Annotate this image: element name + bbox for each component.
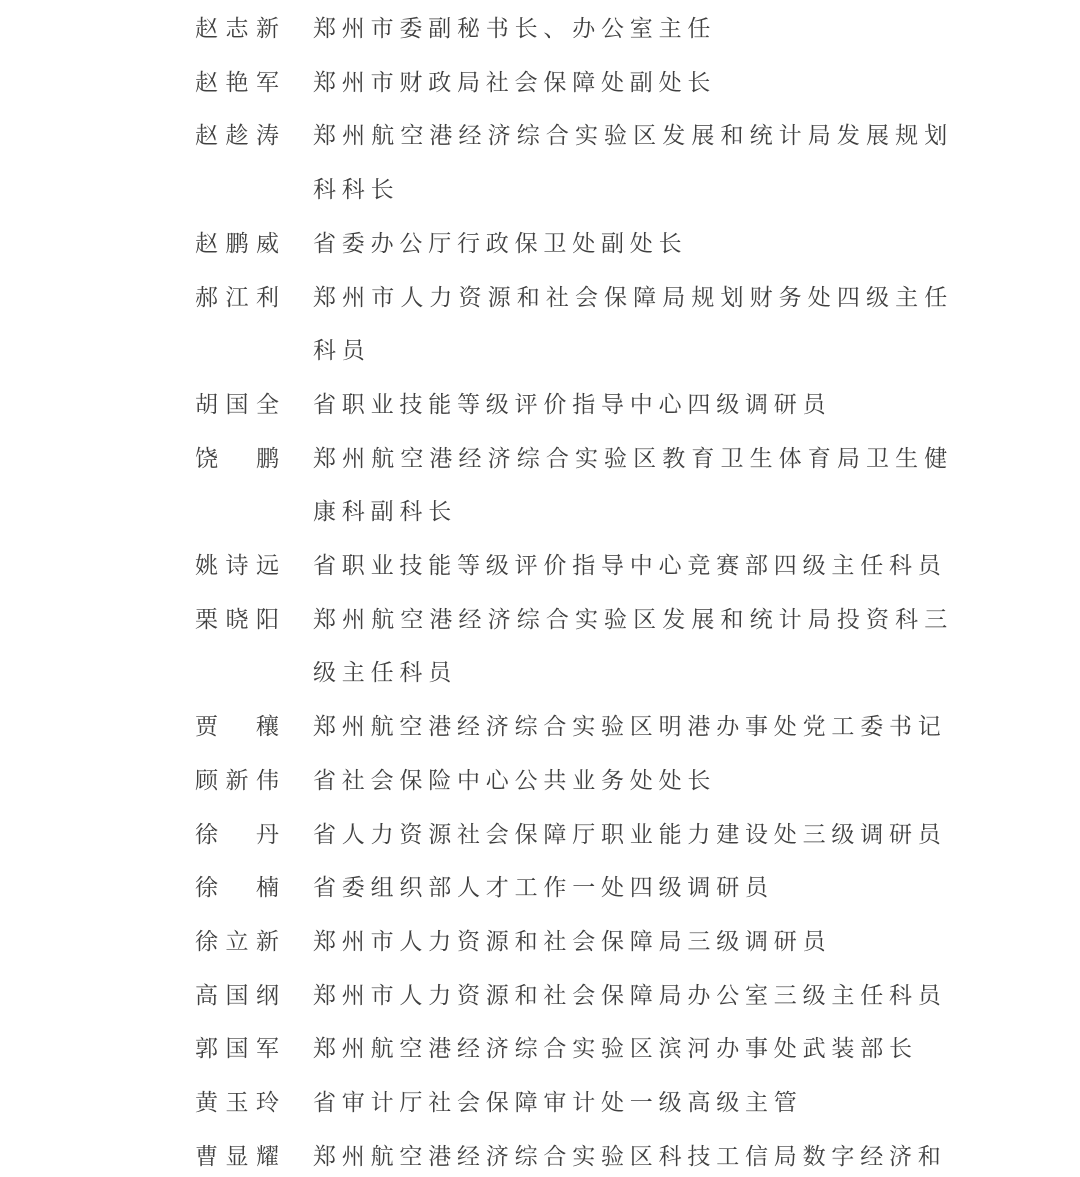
person-position: 郑州航空港经济综合实验区教育卫生体育局卫生健康科副科长 xyxy=(313,432,953,539)
person-position: 郑州市委副秘书长、办公室主任 xyxy=(313,2,953,56)
roster-entry: 赵趁涛 郑州航空港经济综合实验区发展和统计局发展规划科科长 xyxy=(195,109,1080,216)
person-position: 郑州市财政局社会保障处副处长 xyxy=(313,56,953,110)
person-position: 郑州航空港经济综合实验区发展和统计局投资科三级主任科员 xyxy=(313,593,953,700)
person-position: 省社会保险中心公共业务处处长 xyxy=(313,754,953,808)
roster-entry: 曹显耀 郑州航空港经济综合实验区科技工信局数字经济和 xyxy=(195,1130,1080,1177)
person-position: 郑州航空港经济综合实验区科技工信局数字经济和 xyxy=(313,1130,953,1177)
roster-entry: 郭国军 郑州航空港经济综合实验区滨河办事处武装部长 xyxy=(195,1022,1080,1076)
roster-list: 赵志新 郑州市委副秘书长、办公室主任 赵艳军 郑州市财政局社会保障处副处长 赵趁… xyxy=(195,2,1080,1177)
person-position: 省审计厅社会保障审计处一级高级主管 xyxy=(313,1076,953,1130)
person-name: 胡国全 xyxy=(195,378,279,432)
person-name: 高国纲 xyxy=(195,969,279,1023)
person-name: 郝江利 xyxy=(195,271,279,325)
document-page: 赵志新 郑州市委副秘书长、办公室主任 赵艳军 郑州市财政局社会保障处副处长 赵趁… xyxy=(0,0,1080,1177)
person-position: 省人力资源社会保障厅职业能力建设处三级调研员 xyxy=(313,808,953,862)
roster-entry: 黄玉玲 省审计厅社会保障审计处一级高级主管 xyxy=(195,1076,1080,1130)
person-name: 徐丹 xyxy=(195,808,279,862)
roster-entry: 徐丹 省人力资源社会保障厅职业能力建设处三级调研员 xyxy=(195,808,1080,862)
person-name: 赵鹏威 xyxy=(195,217,279,271)
roster-entry: 赵志新 郑州市委副秘书长、办公室主任 xyxy=(195,2,1080,56)
person-name: 黄玉玲 xyxy=(195,1076,279,1130)
person-name: 饶鹏 xyxy=(195,432,279,486)
roster-entry: 赵艳军 郑州市财政局社会保障处副处长 xyxy=(195,56,1080,110)
roster-entry: 徐楠 省委组织部人才工作一处四级调研员 xyxy=(195,861,1080,915)
person-position: 郑州航空港经济综合实验区明港办事处党工委书记 xyxy=(313,700,953,754)
person-position: 郑州航空港经济综合实验区发展和统计局发展规划科科长 xyxy=(313,109,953,216)
person-position: 郑州市人力资源和社会保障局三级调研员 xyxy=(313,915,953,969)
roster-entry: 胡国全 省职业技能等级评价指导中心四级调研员 xyxy=(195,378,1080,432)
roster-entry: 贾穰 郑州航空港经济综合实验区明港办事处党工委书记 xyxy=(195,700,1080,754)
person-name: 曹显耀 xyxy=(195,1130,279,1177)
person-name: 姚诗远 xyxy=(195,539,279,593)
person-name: 郭国军 xyxy=(195,1022,279,1076)
roster-entry: 徐立新 郑州市人力资源和社会保障局三级调研员 xyxy=(195,915,1080,969)
person-position: 省委组织部人才工作一处四级调研员 xyxy=(313,861,953,915)
person-name: 赵趁涛 xyxy=(195,109,279,163)
roster-entry: 饶鹏 郑州航空港经济综合实验区教育卫生体育局卫生健康科副科长 xyxy=(195,432,1080,539)
person-position: 省职业技能等级评价指导中心竞赛部四级主任科员 xyxy=(313,539,953,593)
person-name: 顾新伟 xyxy=(195,754,279,808)
person-position: 郑州市人力资源和社会保障局规划财务处四级主任科员 xyxy=(313,271,953,378)
person-name: 贾穰 xyxy=(195,700,279,754)
roster-entry: 高国纲 郑州市人力资源和社会保障局办公室三级主任科员 xyxy=(195,969,1080,1023)
person-position: 郑州市人力资源和社会保障局办公室三级主任科员 xyxy=(313,969,953,1023)
person-name: 徐楠 xyxy=(195,861,279,915)
person-position: 省委办公厅行政保卫处副处长 xyxy=(313,217,953,271)
roster-entry: 顾新伟 省社会保险中心公共业务处处长 xyxy=(195,754,1080,808)
person-position: 郑州航空港经济综合实验区滨河办事处武装部长 xyxy=(313,1022,953,1076)
roster-entry: 赵鹏威 省委办公厅行政保卫处副处长 xyxy=(195,217,1080,271)
person-name: 徐立新 xyxy=(195,915,279,969)
roster-entry: 郝江利 郑州市人力资源和社会保障局规划财务处四级主任科员 xyxy=(195,271,1080,378)
person-position: 省职业技能等级评价指导中心四级调研员 xyxy=(313,378,953,432)
roster-entry: 姚诗远 省职业技能等级评价指导中心竞赛部四级主任科员 xyxy=(195,539,1080,593)
person-name: 栗晓阳 xyxy=(195,593,279,647)
person-name: 赵志新 xyxy=(195,2,279,56)
person-name: 赵艳军 xyxy=(195,56,279,110)
roster-entry: 栗晓阳 郑州航空港经济综合实验区发展和统计局投资科三级主任科员 xyxy=(195,593,1080,700)
